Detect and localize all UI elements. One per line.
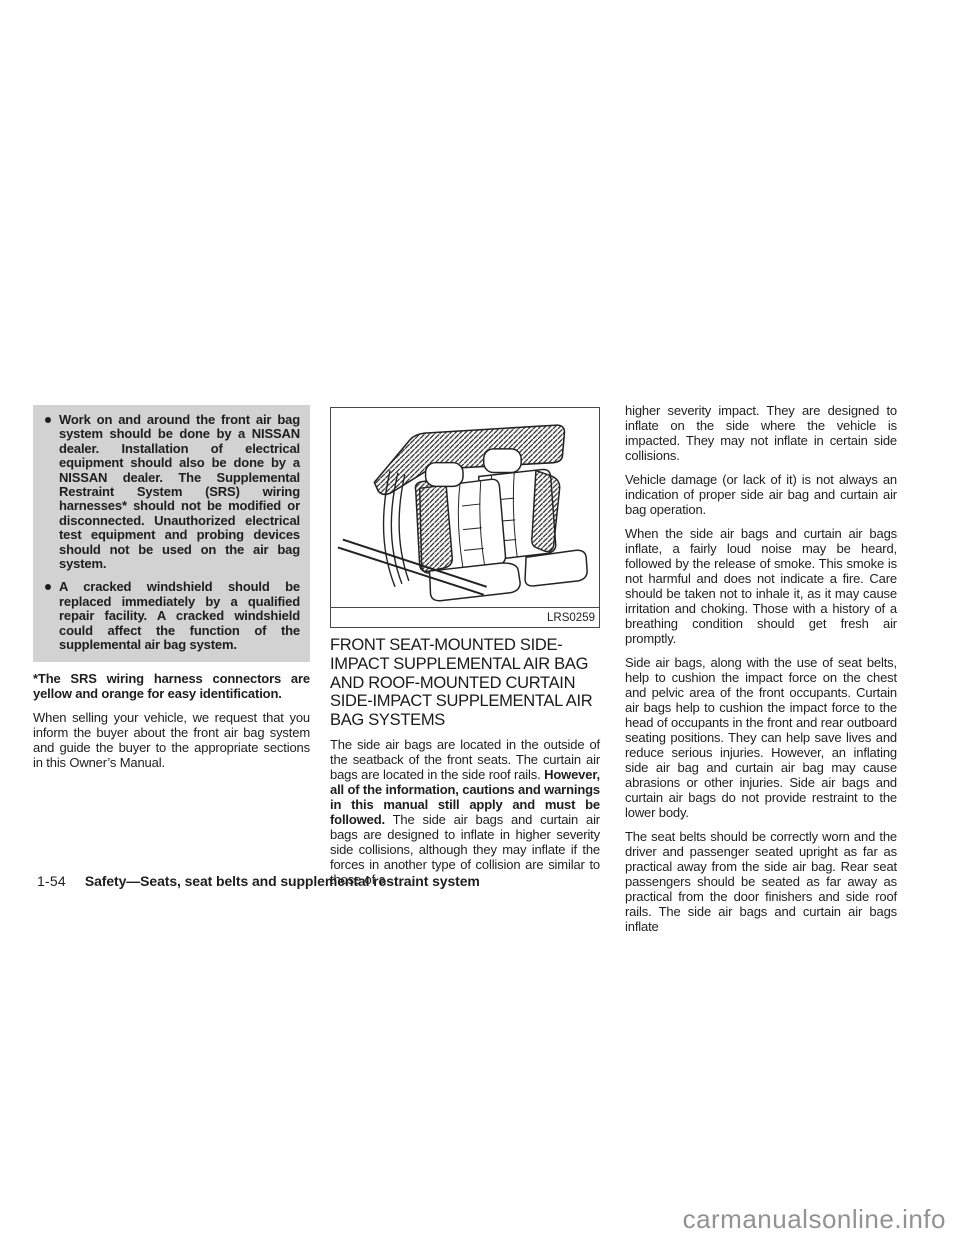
selling-vehicle-paragraph: When selling your vehicle, we request th…	[33, 710, 310, 770]
page-footer: 1-54 Safety—Seats, seat belts and supple…	[37, 873, 480, 889]
body-paragraph: Side air bags, along with the use of sea…	[625, 655, 897, 820]
figure-caption: LRS0259	[331, 607, 599, 627]
seat-airbag-illustration	[331, 409, 597, 607]
side-airbag-paragraph: The side air bags are located in the out…	[330, 737, 600, 887]
airbag-location-figure: LRS0259	[330, 407, 600, 628]
page-number: 1-54	[37, 873, 66, 889]
warning-bullet-item: A cracked windshield should be replaced …	[45, 580, 300, 652]
left-column: Work on and around the front air bag sys…	[33, 405, 310, 770]
body-paragraph: When the side air bags and curtain air b…	[625, 526, 897, 646]
body-paragraph: higher severity impact. They are designe…	[625, 403, 897, 463]
body-paragraph: The seat belts should be correctly worn …	[625, 829, 897, 934]
left-side-airbag-hatched-bolster	[415, 479, 452, 571]
body-paragraph: Vehicle damage (or lack of it) is not al…	[625, 472, 897, 517]
figure-label: LRS0259	[547, 612, 595, 624]
right-column: higher severity impact. They are designe…	[625, 403, 897, 934]
srs-footnote: *The SRS wiring harness connectors are y…	[33, 671, 310, 701]
bullet-dot-icon	[45, 584, 51, 590]
manual-page: Work on and around the front air bag sys…	[0, 0, 960, 1242]
footer-section-title: Safety—Seats, seat belts and supplementa…	[85, 873, 480, 889]
section-heading: FRONT SEAT-MOUNTED SIDE-IMPACT SUPPLEMEN…	[330, 636, 603, 730]
warning-bullet-item: Work on and around the front air bag sys…	[45, 413, 300, 571]
site-watermark: carmanualsonline.info	[683, 1204, 946, 1235]
srs-warning-box: Work on and around the front air bag sys…	[33, 405, 310, 662]
bullet-dot-icon	[45, 417, 51, 423]
warning-bullet-text: A cracked windshield should be replaced …	[59, 580, 300, 652]
warning-bullet-text: Work on and around the front air bag sys…	[59, 413, 300, 571]
